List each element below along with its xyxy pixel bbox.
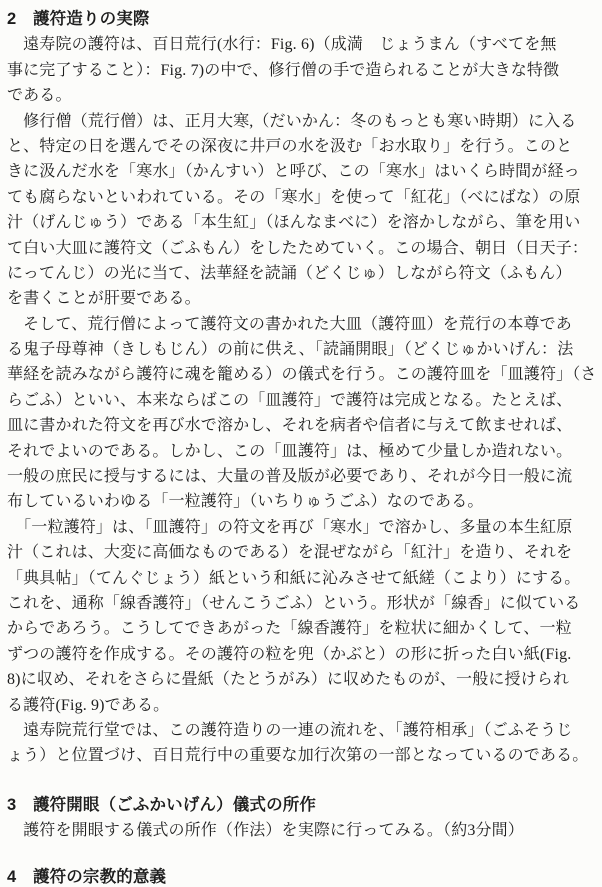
text-line: 遠寿院荒行堂では、この護符造りの一連の流れを、「護符相承」（ごふそうじ	[7, 718, 598, 743]
text-line: て白い大皿に護符文（ごふもん）をしたためていく。この場合、朝日（日天子：	[7, 236, 598, 261]
text-line: からであろう。こうしてできあがった「線香護符」を粒状に細かくして、一粒	[7, 616, 598, 641]
text-line: 華経を読みながら護符に魂を籠める）の儀式を行う。この護符皿を「皿護符」（さ	[7, 362, 598, 387]
text-line: これを、通称「線香護符」（せんこうごふ）という。形状が「線香」に似ている	[7, 591, 598, 616]
text-line: らごふ）といい、本来ならばこの「皿護符」で護符は完成となる。たとえば、	[7, 388, 598, 413]
text-line: ずつの護符を作成する。その護符の粒を兜（かぶと）の形に折った白い紙(Fig.	[7, 642, 598, 667]
text-line: 皿に書かれた符文を再び水で溶かし、それを病者や信者に与えて飲ませれば、	[7, 413, 598, 438]
text-line: きに汲んだ水を「寒水」（かんすい）と呼び、この「寒水」はいくら時間が経っ	[7, 159, 598, 184]
text-line: 汁（これは、大変に高価なものである）を混ぜながら「紅汁」を造り、それを	[7, 540, 598, 565]
text-line: 護符を開眼する儀式の所作（作法）を実際に行ってみる。（約3分間）	[7, 818, 598, 843]
text-line: と、特定の日を選んでその深夜に井戸の水を汲む「お水取り」を行う。このと	[7, 134, 598, 159]
text-line: 「典具帖」（てんぐじょう）紙という和紙に沁みさせて紙縒（こより）にする。	[7, 566, 598, 591]
text-line: を書くことが肝要である。	[7, 286, 598, 311]
section-heading-4: 4 護符の宗教的意義	[7, 865, 598, 887]
section-heading-3: 3 護符開眼（ごふかいげん）儀式の所作	[7, 793, 598, 818]
text-line: 汁（げんじゅう）である「本生紅」（ほんなまべに）を溶かしながら、筆を用い	[7, 210, 598, 235]
text-line: る鬼子母尊神（きしもじん）の前に供え、「読誦開眼」（どくじゅかいげん：法	[7, 337, 598, 362]
text-line: 「一粒護符」は、「皿護符」の符文を再び「寒水」で溶かし、多量の本生紅原	[7, 515, 598, 540]
text-line: る護符(Fig. 9)である。	[7, 693, 598, 718]
text-line: である。	[7, 83, 598, 108]
text-line: それでよいのである。しかし、この「皿護符」は、極めて少量しか造れない。	[7, 439, 598, 464]
text-line: ょう）と位置づけ、百日荒行中の重要な加行次第の一部となっているのである。	[7, 743, 598, 768]
text-line: ても腐らないといわれている。その「寒水」を使って「紅花」（べにばな）の原	[7, 185, 598, 210]
text-line: 事に完了すること）：Fig. 7)の中で、修行僧の手で造られることが大きな特徴	[7, 58, 598, 83]
text-line: そして、荒行僧によって護符文の書かれた大皿（護符皿）を荒行の本尊であ	[7, 312, 598, 337]
text-line: 布しているいわゆる「一粒護符」（いちりゅうごふ）なのである。	[7, 489, 598, 514]
text-line: 遠寿院の護符は、百日荒行(水行：Fig. 6)（成満 じょうまん（すべてを無	[7, 32, 598, 57]
section-heading-2: 2 護符造りの実際	[7, 7, 598, 32]
text-line: にってんじ）の光に当て、法華経を読誦（どくじゅ）しながら符文（ふもん）	[7, 261, 598, 286]
text-line: 一般の庶民に授与するには、大量の普及版が必要であり、それが今日一般に流	[7, 464, 598, 489]
text-line: 8)に収め、それをさらに畳紙（たとうがみ）に収めたものが、一般に授けられ	[7, 667, 598, 692]
text-line: 修行僧（荒行僧）は、正月大寒,（だいかん：冬のもっとも寒い時期）に入る	[7, 109, 598, 134]
document-page: 2 護符造りの実際 遠寿院の護符は、百日荒行(水行：Fig. 6)（成満 じょう…	[0, 0, 602, 887]
